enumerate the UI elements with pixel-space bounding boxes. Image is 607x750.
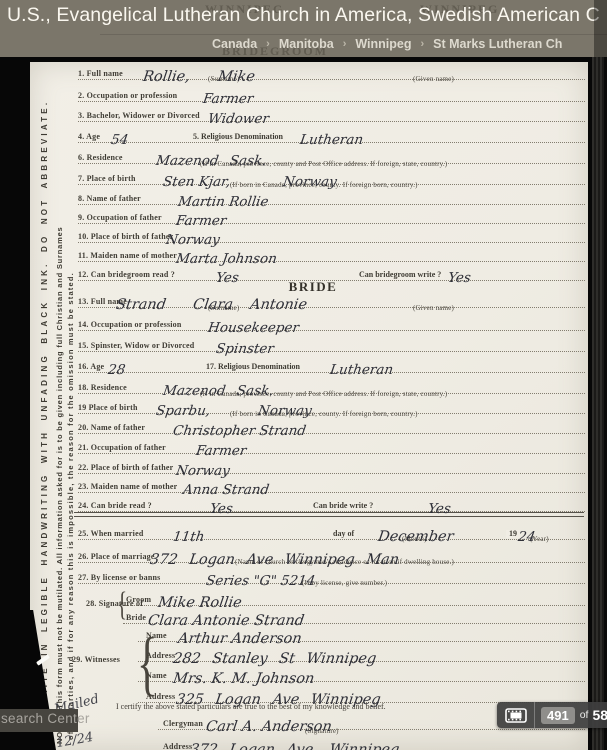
field-label: Can bridegroom write ? bbox=[356, 271, 444, 279]
field-literacy-bride: 24. Can bride read ? Yes Can bride write… bbox=[78, 498, 585, 513]
field-label: 7. Place of birth bbox=[78, 175, 136, 183]
handwritten-value: Clara Antonie Strand bbox=[147, 614, 305, 629]
field-label: 12. Can bridegroom read ? bbox=[78, 271, 175, 279]
field-age-denomination-groom: 4. Age 54 5. Religious Denomination Luth… bbox=[78, 129, 585, 144]
handwritten-value: Marta Johnson bbox=[175, 253, 278, 267]
handwritten-value: Mazenod Sask. bbox=[155, 155, 267, 169]
field-label: 17. Religious Denomination bbox=[203, 363, 303, 371]
field-mother-name-bride: 23. Maiden name of mother Anna Strand bbox=[78, 479, 585, 494]
field-father-occupation-groom: 9. Occupation of father Farmer bbox=[78, 210, 585, 225]
handwritten-value: Martin Rollie bbox=[177, 196, 269, 210]
field-label: Name bbox=[146, 672, 167, 680]
breadcrumb: Canada › Manitoba › Winnipeg › St Marks … bbox=[212, 37, 562, 51]
field-label: 25. When married bbox=[78, 530, 144, 538]
field-full-name-bride: 13. Full name Strand Clara Antonie bbox=[78, 294, 585, 309]
field-label: 9. Occupation of father bbox=[78, 214, 162, 222]
field-father-occupation-bride: 21. Occupation of father Farmer bbox=[78, 440, 585, 455]
handwritten-value: 28 bbox=[107, 364, 126, 378]
breadcrumb-item[interactable]: Canada bbox=[212, 37, 257, 51]
chevron-right-icon: › bbox=[421, 38, 425, 50]
handwritten-value: Yes bbox=[209, 503, 234, 517]
chevron-right-icon: › bbox=[266, 38, 270, 50]
handwritten-value: Carl A. Anderson bbox=[205, 720, 333, 735]
header-divider bbox=[100, 34, 607, 35]
handwritten-value: Lutheran bbox=[299, 134, 364, 148]
handwritten-value: Clara bbox=[192, 298, 234, 313]
handwritten-value: Mazenod Sask. bbox=[162, 385, 274, 399]
handwritten-value: Arthur Anderson bbox=[177, 632, 303, 647]
margin-note-line2: of all parties, and if for any reason th… bbox=[66, 272, 75, 740]
handwritten-value: Rollie, bbox=[142, 70, 191, 85]
field-sublabel: (Given name) bbox=[413, 76, 454, 83]
handwritten-value: Yes bbox=[447, 272, 472, 286]
field-label: 24. Can bride read ? bbox=[78, 502, 152, 510]
handwritten-value: Yes bbox=[427, 503, 452, 517]
field-label: 11. Maiden name of mother bbox=[78, 252, 177, 260]
handwritten-value: Norway bbox=[165, 234, 221, 248]
field-label: Address bbox=[146, 693, 175, 701]
field-label: Clergyman bbox=[163, 720, 203, 728]
collection-title: U.S., Evangelical Lutheran Church in Ame… bbox=[7, 4, 600, 27]
handwritten-value: Farmer bbox=[175, 215, 227, 229]
handwritten-value: Christopher Strand bbox=[172, 425, 307, 439]
margin-note-line1: NOTE.—This form must not be mutilated. A… bbox=[55, 226, 64, 744]
filmstrip-icon bbox=[505, 708, 527, 723]
handwritten-value: 372 Logan Ave Winnipeg Man bbox=[149, 553, 400, 568]
field-label: Can bride write ? bbox=[310, 502, 376, 510]
handwritten-value: 54 bbox=[110, 134, 129, 148]
field-label: 10. Place of birth of father bbox=[78, 233, 173, 241]
handwritten-value: 325 Logan Ave Winnipeg bbox=[175, 693, 382, 708]
section-divider bbox=[74, 512, 584, 517]
field-label: Bride bbox=[126, 614, 146, 622]
field-when-married: 25. When married 11th day of December 19… bbox=[78, 526, 585, 541]
handwritten-value: 11th bbox=[172, 531, 205, 545]
handwritten-value: Strand bbox=[115, 298, 167, 313]
handwritten-value: Norway bbox=[282, 176, 338, 190]
handwritten-value: Norway bbox=[175, 465, 231, 479]
field-label: 29. Witnesses bbox=[72, 656, 120, 664]
field-label: 20. Name of father bbox=[78, 424, 145, 432]
handwritten-value: Farmer bbox=[195, 445, 247, 459]
field-label: 8. Name of father bbox=[78, 195, 141, 203]
field-label: 18. Residence bbox=[78, 384, 127, 392]
chevron-right-icon: › bbox=[343, 38, 347, 50]
pager-of-label: of bbox=[580, 709, 589, 721]
handwritten-value: Mrs. K. M. Johnson bbox=[172, 672, 315, 687]
field-label: 15. Spinster, Widow or Divorced bbox=[78, 342, 194, 350]
field-label: 3. Bachelor, Widower or Divorced bbox=[78, 112, 200, 120]
field-signature-bride: Bride Clara Antonie Strand bbox=[78, 610, 585, 625]
field-label: 4. Age bbox=[78, 133, 100, 141]
field-label: 5. Religious Denomination bbox=[190, 133, 286, 141]
header-edge-shadow bbox=[594, 0, 607, 57]
field-label: Groom bbox=[126, 596, 151, 604]
handwritten-value: Farmer bbox=[202, 93, 254, 107]
field-label: Address bbox=[146, 652, 175, 660]
handwritten-value: December bbox=[377, 530, 454, 545]
document-canvas[interactable]: WRITE IN LEGIBLE HANDWRITING WITH UNFADI… bbox=[30, 62, 588, 750]
field-father-name-bride: 20. Name of father Christopher Strand bbox=[78, 420, 585, 435]
record-viewer: WRITE IN LEGIBLE HANDWRITING WITH UNFADI… bbox=[0, 0, 607, 750]
field-label: Name bbox=[146, 632, 167, 640]
field-label: 16. Age bbox=[78, 363, 104, 371]
handwritten-value: 282 Stanley St Winnipeg bbox=[172, 652, 377, 667]
field-father-birthplace-groom: 10. Place of birth of father Norway bbox=[78, 229, 585, 244]
handwritten-value: Norway bbox=[257, 405, 313, 419]
field-father-name-groom: 8. Name of father Martin Rollie bbox=[78, 191, 585, 206]
field-clergyman-address: Address 372 Logan Ave, Winnipeg bbox=[78, 739, 585, 750]
breadcrumb-item[interactable]: Winnipeg bbox=[355, 37, 411, 51]
image-pager: 491 of 58 bbox=[497, 702, 607, 728]
field-mother-name-groom: 11. Maiden name of mother Marta Johnson bbox=[78, 248, 585, 263]
field-label: 19 Place of birth bbox=[78, 404, 138, 412]
field-place-of-marriage: 26. Place of marriage 372 Logan Ave Winn… bbox=[78, 549, 585, 564]
field-sublabel: (Given name) bbox=[413, 305, 454, 312]
handwritten-value: 372 Logan Ave, Winnipeg bbox=[189, 743, 400, 750]
page-number-input[interactable]: 491 bbox=[541, 707, 575, 724]
field-label: 27. By license or banns bbox=[78, 574, 160, 582]
field-birthplace-groom: 7. Place of birth Sten Kjar, Norway bbox=[78, 171, 585, 186]
field-marital-status-groom: 3. Bachelor, Widower or Divorced Widower bbox=[78, 108, 585, 123]
field-label: 6. Residence bbox=[78, 154, 123, 162]
handwritten-value: Mike Rollie bbox=[157, 596, 243, 611]
section-heading-bride: BRIDE bbox=[78, 280, 548, 293]
field-label: Address bbox=[163, 743, 192, 750]
handwritten-value: Mike bbox=[217, 70, 256, 85]
handwritten-value: Anna Strand bbox=[182, 484, 270, 498]
breadcrumb-item[interactable]: St Marks Lutheran Ch bbox=[433, 37, 562, 51]
field-marital-status-bride: 15. Spinster, Widow or Divorced Spinster bbox=[78, 338, 585, 353]
pager-total: 58 bbox=[592, 707, 607, 723]
field-label: 21. Occupation of father bbox=[78, 444, 166, 452]
field-label: 2. Occupation or profession bbox=[78, 92, 177, 100]
handwritten-value: Antonie bbox=[249, 298, 308, 313]
field-father-birthplace-bride: 22. Place of birth of father Norway bbox=[78, 460, 585, 475]
filmstrip-button[interactable] bbox=[497, 702, 535, 728]
handwritten-value: Series "G" 5214 bbox=[205, 575, 316, 589]
field-full-name-groom: 1. Full name Rollie, Mike bbox=[78, 66, 585, 81]
handwritten-value: Lutheran bbox=[329, 364, 394, 378]
field-occupation-groom: 2. Occupation or profession Farmer bbox=[78, 88, 585, 103]
margin-note-write: WRITE IN LEGIBLE HANDWRITING WITH UNFADI… bbox=[40, 100, 49, 707]
field-age-denomination-bride: 16. Age 28 17. Religious Denomination Lu… bbox=[78, 359, 585, 374]
handwritten-value: Housekeeper bbox=[207, 322, 300, 336]
handwritten-value: Sparbu, bbox=[155, 405, 211, 419]
handwritten-value: 24 bbox=[517, 531, 536, 545]
research-center-link[interactable]: search Center bbox=[1, 711, 90, 726]
field-label: 1. Full name bbox=[78, 70, 123, 78]
breadcrumb-item[interactable]: Manitoba bbox=[279, 37, 334, 51]
collection-header: WINNIPEG WINNIPEG BRIDEGROOM U.S., Evang… bbox=[0, 0, 607, 57]
field-occupation-bride: 14. Occupation or profession Housekeeper bbox=[78, 317, 585, 332]
handwritten-value: Spinster bbox=[215, 343, 275, 357]
handwritten-value: Widower bbox=[207, 113, 270, 127]
field-signature-groom: Groom Mike Rollie bbox=[78, 592, 585, 607]
field-label: 22. Place of birth of father bbox=[78, 464, 173, 472]
handwritten-value: Sten Kjar, bbox=[162, 176, 231, 190]
field-label: 14. Occupation or profession bbox=[78, 321, 182, 329]
field-label: 23. Maiden name of mother bbox=[78, 483, 177, 491]
page-binding-edge bbox=[592, 57, 604, 750]
field-label: 26. Place of marriage bbox=[78, 553, 155, 561]
field-label: day of bbox=[330, 530, 357, 538]
handwritten-value: Yes bbox=[215, 272, 240, 286]
